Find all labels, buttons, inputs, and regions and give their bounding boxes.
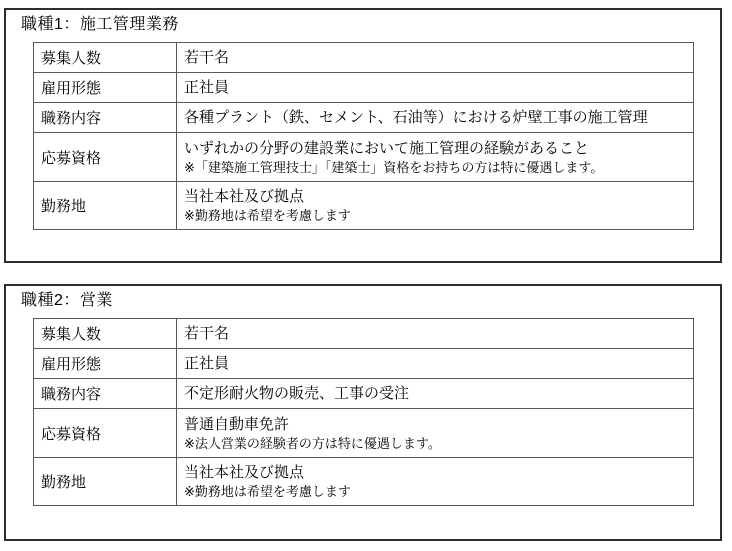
job-section-1-title: 職種1：施工管理業務	[21, 15, 720, 35]
row-value: 正社員	[177, 73, 694, 103]
table-row: 職務内容 各種プラント（鉄、セメント、石油等）における炉壁工事の施工管理	[34, 103, 694, 133]
row-value-text: 正社員	[184, 78, 687, 98]
job-section-2: 職種2：営業 募集人数 若干名 雇用形態 正社員 職務内容 不定形耐火物の販売、…	[4, 284, 722, 541]
row-value-text: 若干名	[184, 48, 687, 68]
row-value: 若干名	[177, 319, 694, 349]
row-note-text: ※勤務地は希望を考慮します	[184, 483, 687, 500]
row-value: 当社本社及び拠点 ※勤務地は希望を考慮します	[177, 182, 694, 230]
job-section-2-title: 職種2：営業	[21, 291, 720, 311]
row-value-text: いずれかの分野の建設業において施工管理の経験があること	[184, 139, 687, 159]
job-section-1: 職種1：施工管理業務 募集人数 若干名 雇用形態 正社員 職務内容 各種プラント…	[4, 8, 722, 263]
row-value-text: 当社本社及び拠点	[184, 463, 687, 483]
row-label: 募集人数	[34, 319, 177, 349]
table-row: 職務内容 不定形耐火物の販売、工事の受注	[34, 379, 694, 409]
row-value: いずれかの分野の建設業において施工管理の経験があること ※「建築施工管理技士」「…	[177, 133, 694, 182]
row-label: 応募資格	[34, 409, 177, 458]
row-label: 応募資格	[34, 133, 177, 182]
job-table-2: 募集人数 若干名 雇用形態 正社員 職務内容 不定形耐火物の販売、工事の受注 応…	[33, 318, 694, 506]
table-row: 応募資格 普通自動車免許 ※法人営業の経験者の方は特に優遇します。	[34, 409, 694, 458]
page: 職種1：施工管理業務 募集人数 若干名 雇用形態 正社員 職務内容 各種プラント…	[0, 0, 732, 551]
row-value-text: 各種プラント（鉄、セメント、石油等）における炉壁工事の施工管理	[184, 108, 687, 128]
row-note-text: ※勤務地は希望を考慮します	[184, 207, 687, 224]
row-label: 募集人数	[34, 43, 177, 73]
row-value: 若干名	[177, 43, 694, 73]
table-row: 勤務地 当社本社及び拠点 ※勤務地は希望を考慮します	[34, 458, 694, 506]
row-note-text: ※「建築施工管理技士」「建築士」資格をお持ちの方は特に優遇します。	[184, 159, 687, 176]
row-label: 雇用形態	[34, 73, 177, 103]
row-value-text: 普通自動車免許	[184, 415, 687, 435]
row-value: 正社員	[177, 349, 694, 379]
row-label: 職務内容	[34, 379, 177, 409]
table-row: 勤務地 当社本社及び拠点 ※勤務地は希望を考慮します	[34, 182, 694, 230]
row-value-text: 不定形耐火物の販売、工事の受注	[184, 384, 687, 404]
table-row: 応募資格 いずれかの分野の建設業において施工管理の経験があること ※「建築施工管…	[34, 133, 694, 182]
row-label: 職務内容	[34, 103, 177, 133]
row-value: 各種プラント（鉄、セメント、石油等）における炉壁工事の施工管理	[177, 103, 694, 133]
row-value-text: 当社本社及び拠点	[184, 187, 687, 207]
table-row: 雇用形態 正社員	[34, 73, 694, 103]
row-value-text: 正社員	[184, 354, 687, 374]
row-value: 普通自動車免許 ※法人営業の経験者の方は特に優遇します。	[177, 409, 694, 458]
table-row: 募集人数 若干名	[34, 319, 694, 349]
row-label: 勤務地	[34, 458, 177, 506]
row-note-text: ※法人営業の経験者の方は特に優遇します。	[184, 435, 687, 452]
row-label: 雇用形態	[34, 349, 177, 379]
table-row: 雇用形態 正社員	[34, 349, 694, 379]
row-value: 不定形耐火物の販売、工事の受注	[177, 379, 694, 409]
row-value-text: 若干名	[184, 324, 687, 344]
table-row: 募集人数 若干名	[34, 43, 694, 73]
row-value: 当社本社及び拠点 ※勤務地は希望を考慮します	[177, 458, 694, 506]
job-table-1: 募集人数 若干名 雇用形態 正社員 職務内容 各種プラント（鉄、セメント、石油等…	[33, 42, 694, 230]
row-label: 勤務地	[34, 182, 177, 230]
